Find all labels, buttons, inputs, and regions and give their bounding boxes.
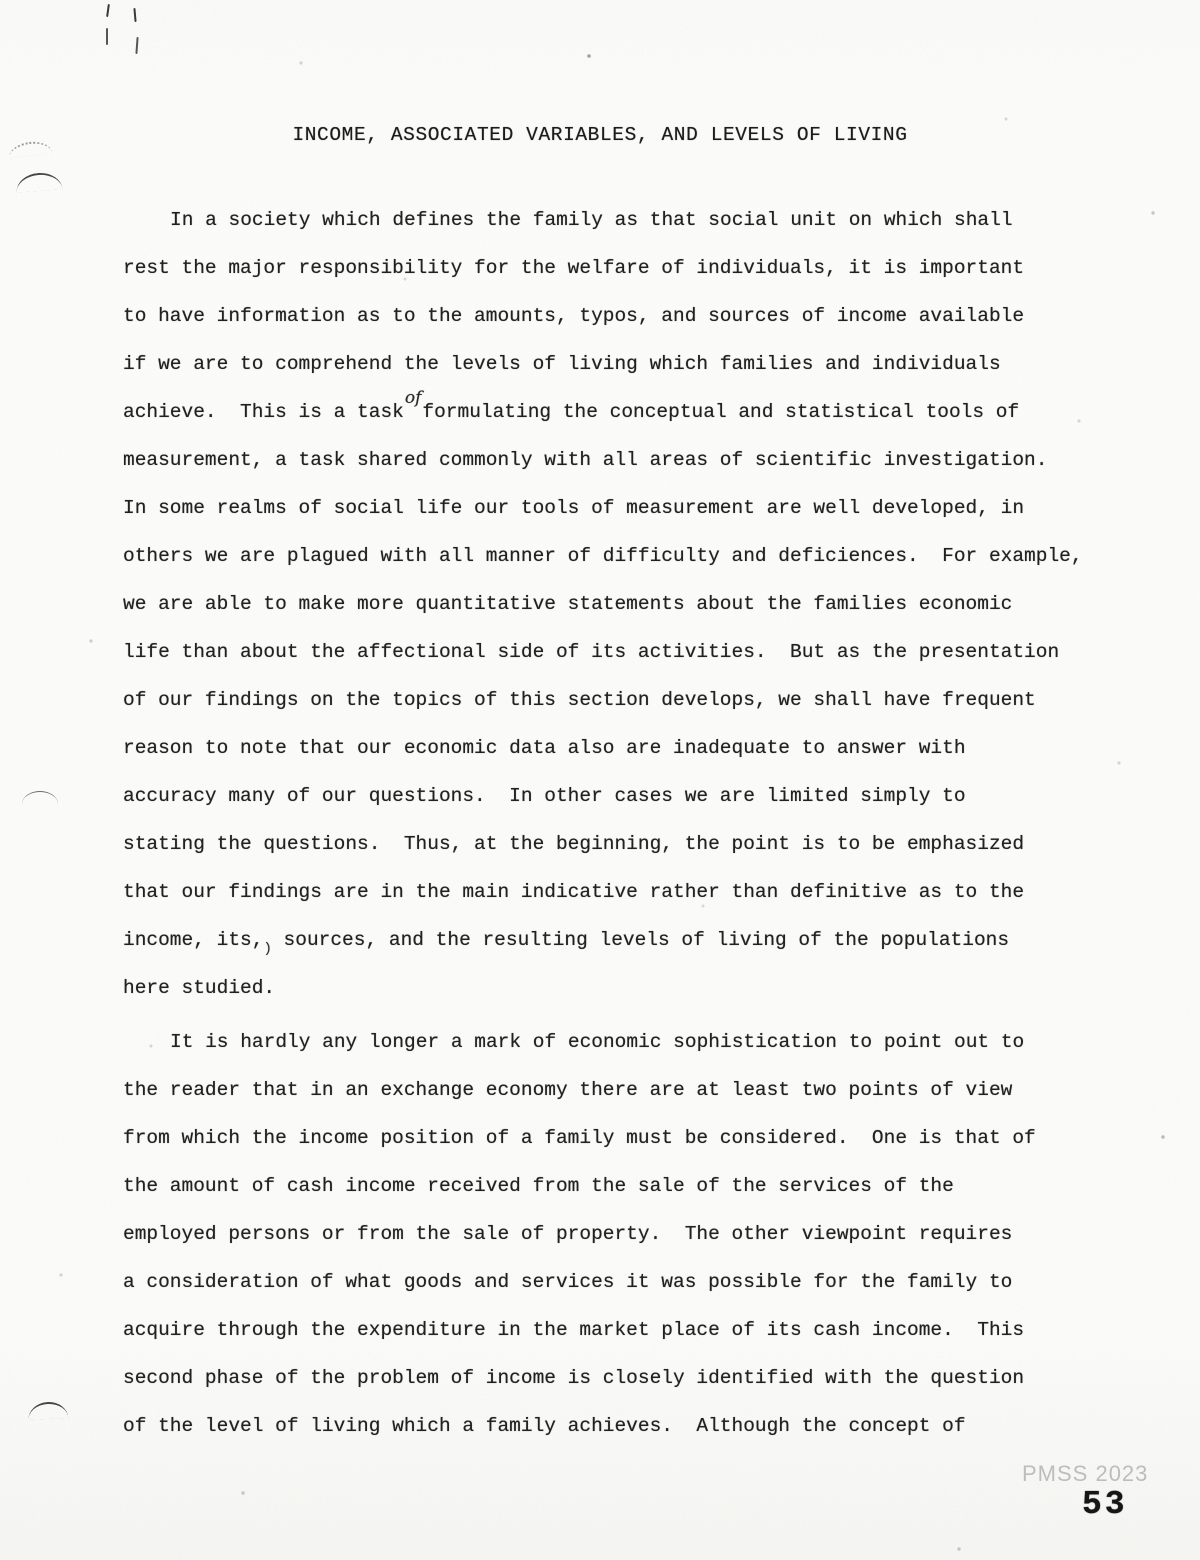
paragraph: It is hardly any longer a mark of econom… [123, 1018, 1133, 1450]
text-line: employed persons or from the sale of pro… [123, 1210, 1133, 1258]
text-line: income, its,) sources, and the resulting… [123, 916, 1133, 964]
text-line: of the level of living which a family ac… [123, 1402, 1133, 1450]
pen-mark [106, 28, 108, 45]
paragraph: In a society which defines the family as… [123, 196, 1133, 1012]
watermark: PMSS 2023 [1022, 1461, 1148, 1487]
pen-arc-mark [28, 1401, 69, 1420]
pen-mark [135, 37, 138, 54]
text-line: we are able to make more quantitative st… [123, 580, 1133, 628]
text-line: the amount of cash income received from … [123, 1162, 1133, 1210]
page-number: 53 [1082, 1486, 1128, 1523]
text-line: if we are to comprehend the levels of li… [123, 340, 1133, 388]
pen-arc-mark [15, 171, 62, 192]
document-body: In a society which defines the family as… [123, 196, 1133, 1450]
text-line: second phase of the problem of income is… [123, 1354, 1133, 1402]
text-line: It is hardly any longer a mark of econom… [123, 1018, 1133, 1066]
document-title: INCOME, ASSOCIATED VARIABLES, AND LEVELS… [0, 124, 1200, 146]
text-line: reason to note that our economic data al… [123, 724, 1133, 772]
text-line: life than about the affectional side of … [123, 628, 1133, 676]
text-line: here studied. [123, 964, 1133, 1012]
text-line: others we are plagued with all manner of… [123, 532, 1133, 580]
text-line: the reader that in an exchange economy t… [123, 1066, 1133, 1114]
text-line: that our findings are in the main indica… [123, 868, 1133, 916]
text-line: stating the questions. Thus, at the begi… [123, 820, 1133, 868]
text-line: measurement, a task shared commonly with… [123, 436, 1133, 484]
text-line: accuracy many of our questions. In other… [123, 772, 1133, 820]
pen-arc-mark [22, 791, 58, 804]
text-line: to have information as to the amounts, t… [123, 292, 1133, 340]
text-line: of our findings on the topics of this se… [123, 676, 1133, 724]
text-line: acquire through the expenditure in the m… [123, 1306, 1133, 1354]
stray-typed-mark: ) [263, 941, 271, 957]
text-line: In a society which defines the family as… [123, 196, 1133, 244]
text-line: from which the income position of a fami… [123, 1114, 1133, 1162]
text-line: a consideration of what goods and servic… [123, 1258, 1133, 1306]
scanned-document-page: INCOME, ASSOCIATED VARIABLES, AND LEVELS… [0, 0, 1200, 1560]
pen-mark [106, 4, 110, 17]
pen-mark [133, 8, 136, 22]
text-line: In some realms of social life our tools … [123, 484, 1133, 532]
text-line: achieve. This is a taskofformulating the… [123, 388, 1133, 436]
text-line: rest the major responsibility for the we… [123, 244, 1133, 292]
scan-speckles [0, 0, 2, 2]
